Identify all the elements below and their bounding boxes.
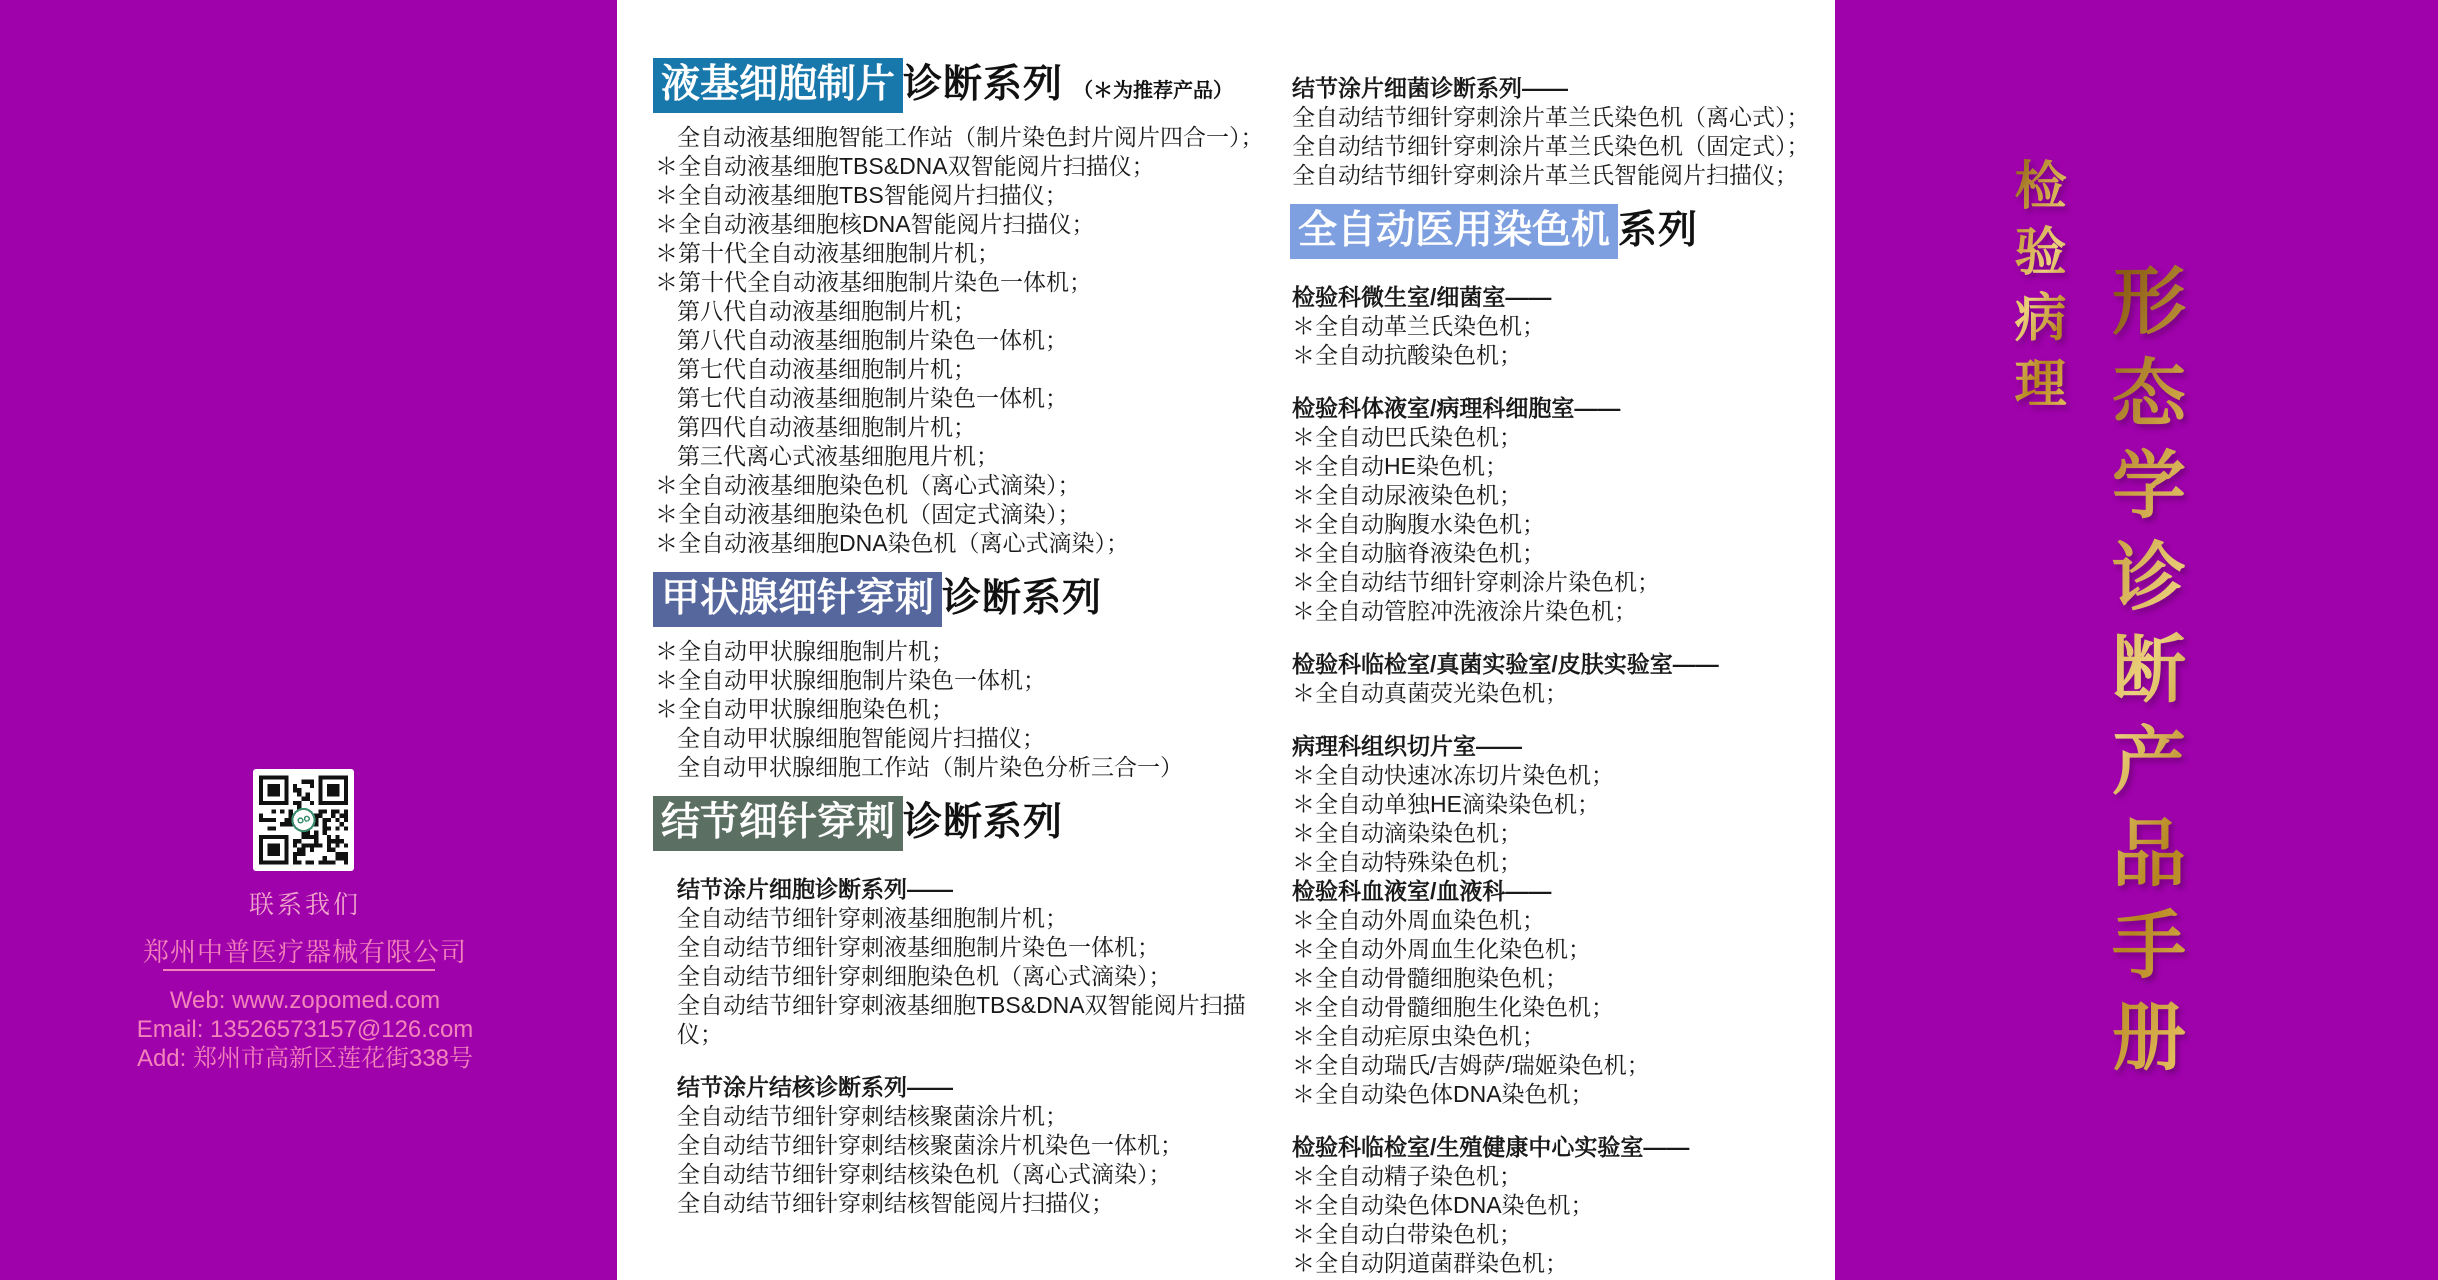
group-header: 检验科微生室/细菌室—— (1292, 283, 1835, 312)
product-column-2: 结节涂片细菌诊断系列——全自动结节细针穿刺涂片革兰氏染色机（离心式）；全自动结节… (1292, 0, 1835, 1278)
qr-code-image (259, 775, 348, 865)
product-item: 全自动结节细针穿刺涂片革兰氏染色机（离心式）； (1292, 103, 1835, 132)
product-column-1: 液基细胞制片诊断系列（＊为推荐产品）全自动液基细胞智能工作站（制片染色封片阅片四… (655, 0, 1285, 1218)
series-title: 结节细针穿刺诊断系列 (653, 796, 1285, 851)
series-title-highlight: 结节细针穿刺 (653, 796, 903, 851)
product-item: 全自动结节细针穿刺结核聚菌涂片机染色一体机； (655, 1131, 1285, 1160)
product-item: 全自动结节细针穿刺液基细胞制片机； (655, 904, 1285, 933)
product-item: ＊全自动白带染色机； (1292, 1220, 1835, 1249)
product-item: 第七代自动液基细胞制片机； (655, 355, 1285, 384)
product-item: ＊全自动骨髓细胞染色机； (1292, 964, 1835, 993)
company-name: 郑州中普医疗器械有限公司 (100, 932, 510, 969)
product-item: ＊全自动甲状腺细胞染色机； (655, 695, 1285, 724)
product-item: ＊全自动革兰氏染色机； (1292, 312, 1835, 341)
product-item: 全自动结节细针穿刺液基细胞制片染色一体机； (655, 933, 1285, 962)
series-title: 甲状腺细针穿刺诊断系列 (653, 572, 1285, 627)
product-group: 检验科血液室/血液科——＊全自动外周血染色机；＊全自动外周血生化染色机；＊全自动… (1292, 877, 1835, 1109)
product-item: ＊全自动胸腹水染色机； (1292, 510, 1835, 539)
product-item: ＊全自动液基细胞染色机（固定式滴染）； (655, 500, 1285, 529)
product-item: ＊全自动单独HE滴染染色机； (1292, 790, 1835, 819)
group-header: 结节涂片细菌诊断系列—— (1292, 74, 1835, 103)
product-group: 结节涂片结核诊断系列——全自动结节细针穿刺结核聚菌涂片机；全自动结节细针穿刺结核… (655, 1073, 1285, 1218)
product-item: ＊全自动滴染染色机； (1292, 819, 1835, 848)
product-item: ＊全自动甲状腺细胞制片染色一体机； (655, 666, 1285, 695)
product-item: 全自动结节细针穿刺细胞染色机（离心式滴染）； (655, 962, 1285, 991)
product-item: ＊全自动尿液染色机； (1292, 481, 1835, 510)
product-item: ＊全自动外周血生化染色机； (1292, 935, 1835, 964)
product-group: 病理科组织切片室——＊全自动快速冰冻切片染色机；＊全自动单独HE滴染染色机；＊全… (1292, 732, 1835, 877)
product-item: ＊全自动瑞氏/吉姆萨/瑞姬染色机； (1292, 1051, 1835, 1080)
product-item: 第四代自动液基细胞制片机； (655, 413, 1285, 442)
product-item: 全自动液基细胞智能工作站（制片染色封片阅片四合一）； (655, 123, 1285, 152)
product-item: 第八代自动液基细胞制片机； (655, 297, 1285, 326)
product-item: 第七代自动液基细胞制片染色一体机； (655, 384, 1285, 413)
divider-line (163, 969, 435, 971)
series-note: （＊为推荐产品） (1073, 80, 1233, 102)
product-item: ＊全自动脑脊液染色机； (1292, 539, 1835, 568)
product-group: ＊全自动甲状腺细胞制片机；＊全自动甲状腺细胞制片染色一体机；＊全自动甲状腺细胞染… (655, 637, 1285, 782)
product-item: 第三代离心式液基细胞甩片机； (655, 442, 1285, 471)
contact-info: Web: www.zopomed.comEmail: 13526573157@1… (85, 986, 525, 1073)
qr-code (253, 769, 354, 871)
product-group: 检验科微生室/细菌室——＊全自动革兰氏染色机；＊全自动抗酸染色机； (1292, 283, 1835, 370)
product-item: ＊全自动巴氏染色机； (1292, 423, 1835, 452)
product-item: ＊全自动快速冰冻切片染色机； (1292, 761, 1835, 790)
qr-label: 联系我们 (155, 885, 455, 921)
series-title-rest: 诊断系列 (942, 577, 1102, 620)
product-item: ＊全自动结节细针穿刺涂片染色机； (1292, 568, 1835, 597)
group-header: 检验科体液室/病理科细胞室—— (1292, 394, 1835, 423)
vertical-title: 形态学诊断产品手册 (2090, 262, 2196, 1090)
content-area: 液基细胞制片诊断系列（＊为推荐产品）全自动液基细胞智能工作站（制片染色封片阅片四… (617, 0, 1835, 1280)
product-item: ＊第十代全自动液基细胞制片染色一体机； (655, 268, 1285, 297)
product-item: ＊全自动HE染色机； (1292, 452, 1835, 481)
product-group: 检验科体液室/病理科细胞室——＊全自动巴氏染色机；＊全自动HE染色机；＊全自动尿… (1292, 394, 1835, 626)
series-title-highlight: 全自动医用染色机 (1290, 204, 1618, 259)
product-item: ＊全自动液基细胞染色机（离心式滴染）； (655, 471, 1285, 500)
product-item: ＊全自动精子染色机； (1292, 1162, 1835, 1191)
group-header: 检验科血液室/血液科—— (1292, 877, 1835, 906)
left-panel: 联系我们 郑州中普医疗器械有限公司 Web: www.zopomed.comEm… (0, 0, 617, 1280)
product-item: 全自动甲状腺细胞智能阅片扫描仪； (655, 724, 1285, 753)
product-item: ＊全自动染色体DNA染色机； (1292, 1191, 1835, 1220)
product-item: ＊全自动染色体DNA染色机； (1292, 1080, 1835, 1109)
group-header: 检验科临检室/生殖健康中心实验室—— (1292, 1133, 1835, 1162)
product-item: ＊全自动抗酸染色机； (1292, 341, 1835, 370)
group-header: 病理科组织切片室—— (1292, 732, 1835, 761)
product-item: 全自动结节细针穿刺涂片革兰氏智能阅片扫描仪； (1292, 161, 1835, 190)
product-item: ＊全自动阴道菌群染色机； (1292, 1249, 1835, 1278)
product-item: 第八代自动液基细胞制片染色一体机； (655, 326, 1285, 355)
contact-line: Web: www.zopomed.com (85, 986, 525, 1015)
product-item: 全自动结节细针穿刺结核聚菌涂片机； (655, 1102, 1285, 1131)
product-item: ＊全自动特殊染色机； (1292, 848, 1835, 877)
group-header: 结节涂片细胞诊断系列—— (655, 875, 1285, 904)
right-panel: 检验病理 形态学诊断产品手册 (1835, 0, 2438, 1280)
product-item: 全自动结节细针穿刺涂片革兰氏染色机（固定式）； (1292, 132, 1835, 161)
vertical-subtitle: 检验病理 (1998, 158, 2073, 422)
product-item: ＊全自动管腔冲洗液涂片染色机； (1292, 597, 1835, 626)
product-item: ＊全自动疟原虫染色机； (1292, 1022, 1835, 1051)
product-group: 结节涂片细胞诊断系列——全自动结节细针穿刺液基细胞制片机；全自动结节细针穿刺液基… (655, 875, 1285, 1049)
product-item: ＊全自动液基细胞TBS智能阅片扫描仪； (655, 181, 1285, 210)
series-title: 液基细胞制片诊断系列（＊为推荐产品） (653, 58, 1285, 113)
product-item: 全自动结节细针穿刺液基细胞TBS&DNA双智能阅片扫描仪； (655, 991, 1285, 1049)
product-group: 结节涂片细菌诊断系列——全自动结节细针穿刺涂片革兰氏染色机（离心式）；全自动结节… (1292, 74, 1835, 190)
product-item: 全自动结节细针穿刺结核智能阅片扫描仪； (655, 1189, 1285, 1218)
product-item: ＊全自动真菌荧光染色机； (1292, 679, 1835, 708)
series-title-highlight: 液基细胞制片 (653, 58, 903, 113)
product-item: ＊全自动甲状腺细胞制片机； (655, 637, 1285, 666)
product-item: 全自动结节细针穿刺结核染色机（离心式滴染）； (655, 1160, 1285, 1189)
product-item: ＊全自动液基细胞TBS&DNA双智能阅片扫描仪； (655, 152, 1285, 181)
product-group: 检验科临检室/生殖健康中心实验室——＊全自动精子染色机；＊全自动染色体DNA染色… (1292, 1133, 1835, 1278)
product-item: 全自动甲状腺细胞工作站（制片染色分析三合一） (655, 753, 1285, 782)
series-title-rest: 诊断系列 (903, 801, 1063, 844)
product-item: ＊全自动液基细胞DNA染色机（离心式滴染）； (655, 529, 1285, 558)
contact-line: Email: 13526573157@126.com (85, 1015, 525, 1044)
brochure-page: 联系我们 郑州中普医疗器械有限公司 Web: www.zopomed.comEm… (0, 0, 2438, 1280)
series-title-highlight: 甲状腺细针穿刺 (653, 572, 942, 627)
product-item: ＊全自动外周血染色机； (1292, 906, 1835, 935)
group-header: 结节涂片结核诊断系列—— (655, 1073, 1285, 1102)
contact-line: Add: 郑州市高新区莲花街338号 (85, 1044, 525, 1073)
product-item: ＊全自动液基细胞核DNA智能阅片扫描仪； (655, 210, 1285, 239)
product-item: ＊第十代全自动液基细胞制片机； (655, 239, 1285, 268)
series-title-rest: 诊断系列 (903, 63, 1063, 106)
product-item: ＊全自动骨髓细胞生化染色机； (1292, 993, 1835, 1022)
product-group: 检验科临检室/真菌实验室/皮肤实验室——＊全自动真菌荧光染色机； (1292, 650, 1835, 708)
series-title: 全自动医用染色机系列 (1290, 204, 1835, 259)
product-group: 全自动液基细胞智能工作站（制片染色封片阅片四合一）；＊全自动液基细胞TBS&DN… (655, 123, 1285, 558)
series-title-rest: 系列 (1618, 209, 1698, 252)
group-header: 检验科临检室/真菌实验室/皮肤实验室—— (1292, 650, 1835, 679)
